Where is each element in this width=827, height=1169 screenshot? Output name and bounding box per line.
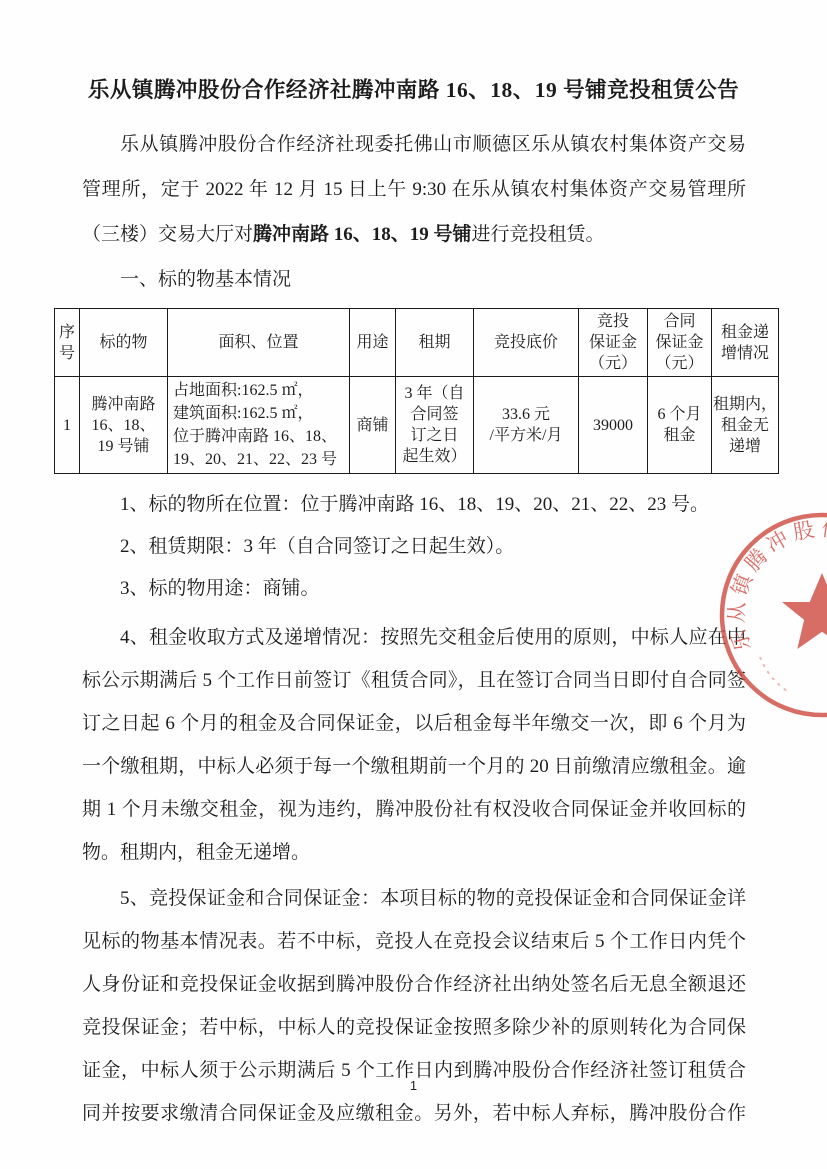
stamp-star-icon [782, 573, 827, 649]
intro-line: 乐从镇腾冲股份合作经济社现委托佛山市顺德区乐从镇农村集体资产交易 [82, 122, 746, 167]
paragraph-line: 订之日起 6 个月的租金及合同保证金，以后租金每半年缴交一次，即 6 个月为 [82, 702, 746, 745]
document-page: 乐从镇腾冲股份合作经济社腾冲南路 16、18、19 号铺竞投租赁公告 乐从镇腾冲… [0, 0, 827, 1169]
cell-lease-term: 3 年（自 合同签 订之日 起生效） [396, 377, 474, 474]
stamp-inner-arc [760, 657, 790, 693]
cell-seq-no: 1 [55, 377, 80, 474]
col-header-usage: 用途 [350, 309, 396, 377]
list-item-2-lease-term: 2、租赁期限：3 年（自合同签订之日起生效）。 [82, 526, 746, 568]
col-header-seq-no: 序 号 [55, 309, 80, 377]
cell-contract-deposit: 6 个月 租金 [648, 377, 712, 474]
cell-rent-increase: 租期内， 租金无 递增 [712, 377, 779, 474]
cell-area-location: 占地面积:162.5 ㎡， 建筑面积:162.5 ㎡， 位于腾冲南路 16、18… [168, 377, 350, 474]
page-title: 乐从镇腾冲股份合作经济社腾冲南路 16、18、19 号铺竞投租赁公告 [0, 0, 827, 106]
section-heading-basic-info: 一、标的物基本情况 [82, 257, 746, 302]
paragraph-line: 期 1 个月未缴交租金，视为违约，腾冲股份社有权没收合同保证金并收回标的 [82, 788, 746, 831]
terms-list: 1、标的物所在位置：位于腾冲南路 16、18、19、20、21、22、23 号。… [82, 484, 746, 1135]
list-item-5-deposits: 5、竞投保证金和合同保证金：本项目标的物的竞投保证金和合同保证金详 见标的物基本… [82, 877, 746, 1135]
list-item-3-usage: 3、标的物用途：商铺。 [82, 568, 746, 610]
document-body: 乐从镇腾冲股份合作经济社现委托佛山市顺德区乐从镇农村集体资产交易 管理所，定于 … [82, 122, 746, 1135]
intro-line3-bold-address: 腾冲南路 16、18、19 号铺 [253, 224, 472, 245]
paragraph-line: 人身份证和竞投保证金收据到腾冲股份合作经济社出纳处签名后无息全额退还 [82, 963, 746, 1006]
intro-paragraph: 乐从镇腾冲股份合作经济社现委托佛山市顺德区乐从镇农村集体资产交易 管理所，定于 … [82, 122, 746, 257]
paragraph-line: 竞投保证金；若中标，中标人的竞投保证金按照多除少补的原则转化为合同保 [82, 1006, 746, 1049]
intro-line: （三楼）交易大厅对腾冲南路 16、18、19 号铺进行竞投租赁。 [82, 212, 746, 257]
cell-bid-deposit: 39000 [579, 377, 648, 474]
col-header-lease-term: 租期 [396, 309, 474, 377]
cell-usage: 商铺 [350, 377, 396, 474]
col-header-contract-deposit: 合同 保证金 （元） [648, 309, 712, 377]
subject-info-table: 序 号 标的物 面积、位置 用途 租期 竞投底价 竞投 保证金 （元） 合同 保… [54, 308, 779, 474]
paragraph-line: 4、租金收取方式及递增情况：按照先交租金后使用的原则，中标人应在中 [82, 616, 746, 659]
paragraph-line: 标公示期满后 5 个工作日前签订《租赁合同》，且在签订合同当日即付自合同签 [82, 659, 746, 702]
table-header-row: 序 号 标的物 面积、位置 用途 租期 竞投底价 竞投 保证金 （元） 合同 保… [55, 309, 779, 377]
table-row: 1 腾冲南路 16、18、 19 号铺 占地面积:162.5 ㎡， 建筑面积:1… [55, 377, 779, 474]
paragraph-line: 见标的物基本情况表。若不中标，竞投人在竞投会议结束后 5 个工作日内凭个 [82, 920, 746, 963]
intro-line3-pre: （三楼）交易大厅对 [82, 224, 253, 245]
col-header-area-location: 面积、位置 [168, 309, 350, 377]
paragraph-line: 5、竞投保证金和合同保证金：本项目标的物的竞投保证金和合同保证金详 [82, 877, 746, 920]
paragraph-line: 物。租期内，租金无递增。 [82, 831, 746, 874]
cell-base-price: 33.6 元 /平方米/月 [474, 377, 579, 474]
col-header-bid-deposit: 竞投 保证金 （元） [579, 309, 648, 377]
list-item-1-location: 1、标的物所在位置：位于腾冲南路 16、18、19、20、21、22、23 号。 [82, 484, 746, 526]
col-header-subject: 标的物 [80, 309, 168, 377]
col-header-base-price: 竞投底价 [474, 309, 579, 377]
col-header-rent-increase: 租金递 增情况 [712, 309, 779, 377]
list-item-4-rent-collection: 4、租金收取方式及递增情况：按照先交租金后使用的原则，中标人应在中 标公示期满后… [82, 616, 746, 874]
cell-subject: 腾冲南路 16、18、 19 号铺 [80, 377, 168, 474]
page-number: 1 [0, 1078, 827, 1093]
intro-line3-post: 进行竞投租赁。 [472, 224, 605, 245]
paragraph-line: 同并按要求缴清合同保证金及应缴租金。另外，若中标人弃标，腾冲股份合作 [82, 1092, 746, 1135]
intro-line: 管理所，定于 2022 年 12 月 15 日上午 9:30 在乐从镇农村集体资… [82, 167, 746, 212]
paragraph-line: 一个缴租期，中标人必须于每一个缴租期前一个月的 20 日前缴清应缴租金。逾 [82, 745, 746, 788]
